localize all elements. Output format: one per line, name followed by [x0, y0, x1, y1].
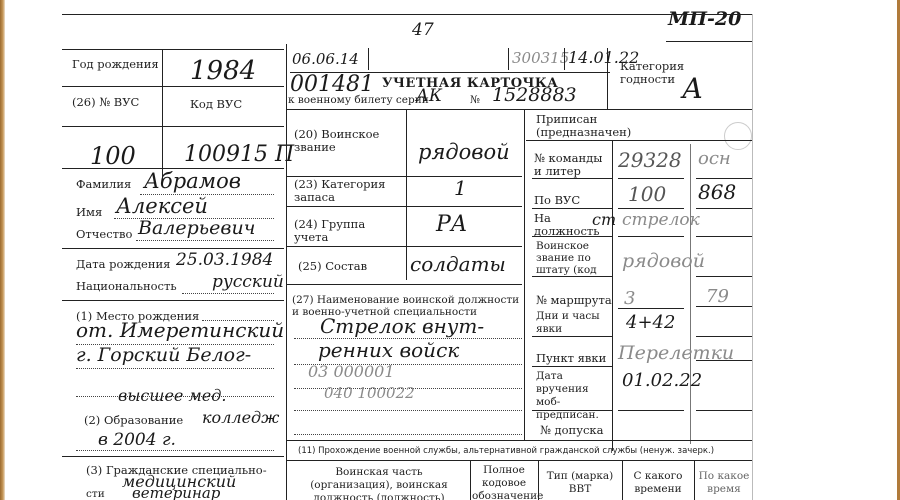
dotted-line [294, 434, 522, 435]
divider [618, 178, 684, 179]
birth-year-label: Год рождения [72, 58, 152, 71]
vus-assigned-value: 100 [628, 182, 666, 206]
post-label: На должность [534, 212, 590, 238]
delivery-label: Дата вручения моб-предписан. [536, 370, 608, 422]
service-col-code: Полное кодовое обозначение [472, 464, 536, 500]
divider [696, 410, 752, 411]
divider [532, 410, 612, 411]
divider [666, 41, 752, 42]
group-label: (24) Группа учета [294, 218, 394, 244]
divider [696, 306, 752, 307]
education-line2: в 2004 г. [98, 430, 176, 450]
position-line-2: ренних войск [318, 338, 459, 362]
birthplace-line2: г. Горский Белог- [76, 344, 251, 366]
card-top-border [62, 14, 752, 15]
divider [532, 336, 612, 337]
divider [618, 308, 684, 309]
card-right-border [752, 14, 753, 500]
staff-rank-label: Воинское звание по штату (код [536, 240, 610, 276]
ticket-number: 1528883 [492, 84, 577, 106]
divider [538, 460, 539, 500]
divider [612, 141, 613, 451]
divider [532, 276, 612, 277]
divider [690, 144, 691, 444]
service-col-from: С какого времени [626, 470, 690, 496]
dob-value: 25.03.1984 [176, 250, 273, 270]
page-edge-left [0, 0, 5, 500]
divider [286, 460, 752, 461]
position-line-4: 040 100022 [324, 384, 415, 402]
service-col-unit: Воинская часть (организация), воинская д… [294, 466, 464, 500]
point-label: Пункт явки [536, 352, 606, 365]
patronymic-label: Отчество [76, 228, 132, 241]
divider [286, 284, 522, 285]
civil-value-2: ветеринар [132, 484, 220, 500]
divider [524, 110, 525, 440]
birthplace-line1: от. Имеретинский [76, 318, 284, 342]
divider [162, 49, 163, 183]
surname-label: Фамилия [76, 178, 131, 191]
divider [286, 246, 522, 247]
assigned-label: Приписан (предназначен) [536, 113, 646, 139]
vus-code-label: Код ВУС [190, 98, 242, 111]
divider [696, 360, 752, 361]
divider [62, 126, 284, 127]
fitness-value: А [682, 72, 703, 105]
service-col-to: По какое время [696, 470, 752, 496]
stamp-circle [724, 122, 752, 150]
divider [532, 178, 612, 179]
access-label: № допуска [540, 424, 603, 437]
vus-assigned-value-2: 868 [698, 180, 736, 204]
divider [532, 366, 612, 367]
divider [696, 276, 752, 277]
vus-label: (26) № ВУС [72, 96, 139, 109]
dotted-line [76, 450, 274, 451]
divider [62, 300, 284, 301]
education-value: колледж [202, 408, 279, 427]
route-value-2: 79 [706, 286, 729, 307]
divider [618, 410, 684, 411]
post-value: стрелок [622, 210, 700, 230]
surname-value: Абрамов [144, 169, 241, 193]
route-value: 3 [624, 288, 635, 309]
divider [62, 456, 284, 457]
team-liter: осн [698, 148, 731, 169]
dotted-line [76, 368, 274, 369]
vus-code-value: 100915 П [184, 142, 294, 167]
divider [622, 460, 623, 500]
divider [62, 49, 284, 50]
staff-label: (25) Состав [298, 260, 367, 273]
stamp-number: 300315 [512, 49, 569, 67]
post-mark: ст [592, 210, 616, 229]
route-label: № маршрута [536, 294, 612, 307]
dotted-line [294, 410, 522, 411]
divider [696, 208, 752, 209]
divider [368, 48, 369, 70]
rank-label: (20) Воинское звание [294, 128, 394, 154]
team-value: 29328 [618, 148, 682, 172]
divider [532, 236, 612, 237]
divider [564, 48, 565, 70]
series-value: АК [416, 86, 442, 106]
divider [286, 44, 287, 500]
staff-value: солдаты [410, 252, 506, 276]
nationality-label: Национальность [76, 280, 177, 293]
education-pre: высшее мед. [118, 386, 226, 405]
dotted-line [182, 293, 274, 294]
name-value: Алексей [116, 194, 208, 218]
staff-rank-value: рядовой [622, 250, 705, 272]
reserve-value: 1 [454, 176, 467, 200]
reserve-label: (23) Категория запаса [294, 178, 394, 204]
team-label: № команды и литер [534, 152, 610, 178]
divider [286, 440, 752, 441]
dob-label: Дата рождения [76, 258, 170, 271]
dotted-line [136, 240, 274, 241]
delivery-value: 01.02.22 [622, 370, 702, 391]
divider [508, 48, 509, 70]
divider [526, 140, 752, 141]
divider [286, 206, 522, 207]
registration-card: Год рождения 1984 (26) № ВУС Код ВУС 100… [62, 14, 762, 500]
days-value: 4+42 [626, 312, 675, 333]
vus-value: 100 [90, 142, 136, 170]
vus-assigned-label: По ВУС [534, 194, 580, 207]
service-col-type: Тип (марка) ВВТ [542, 470, 618, 496]
position-line-1: Стрелок внут- [320, 314, 484, 338]
divider [696, 336, 752, 337]
date-issued: 06.06.14 [292, 50, 359, 68]
divider [406, 110, 407, 280]
position-line-3: 03 000001 [308, 362, 395, 381]
patronymic-value: Валерьевич [138, 217, 256, 239]
days-label: Дни и часы явки [536, 310, 608, 336]
rank-value: рядовой [418, 140, 510, 164]
divider [696, 236, 752, 237]
group-value: РА [436, 212, 467, 237]
divider [62, 86, 284, 87]
service-section-title: (11) Прохождение военной службы, альтерн… [298, 446, 714, 456]
civil-label-2: сти [86, 488, 105, 500]
name-label: Имя [76, 206, 102, 219]
card-subtitle: к военному билету серии [288, 94, 429, 107]
birth-year-value: 1984 [190, 56, 256, 86]
number-sign: № [470, 94, 480, 107]
nationality-value: русский [212, 272, 284, 292]
education-label: (2) Образование [84, 414, 183, 427]
divider [286, 109, 752, 110]
divider [618, 236, 684, 237]
divider [607, 48, 608, 110]
